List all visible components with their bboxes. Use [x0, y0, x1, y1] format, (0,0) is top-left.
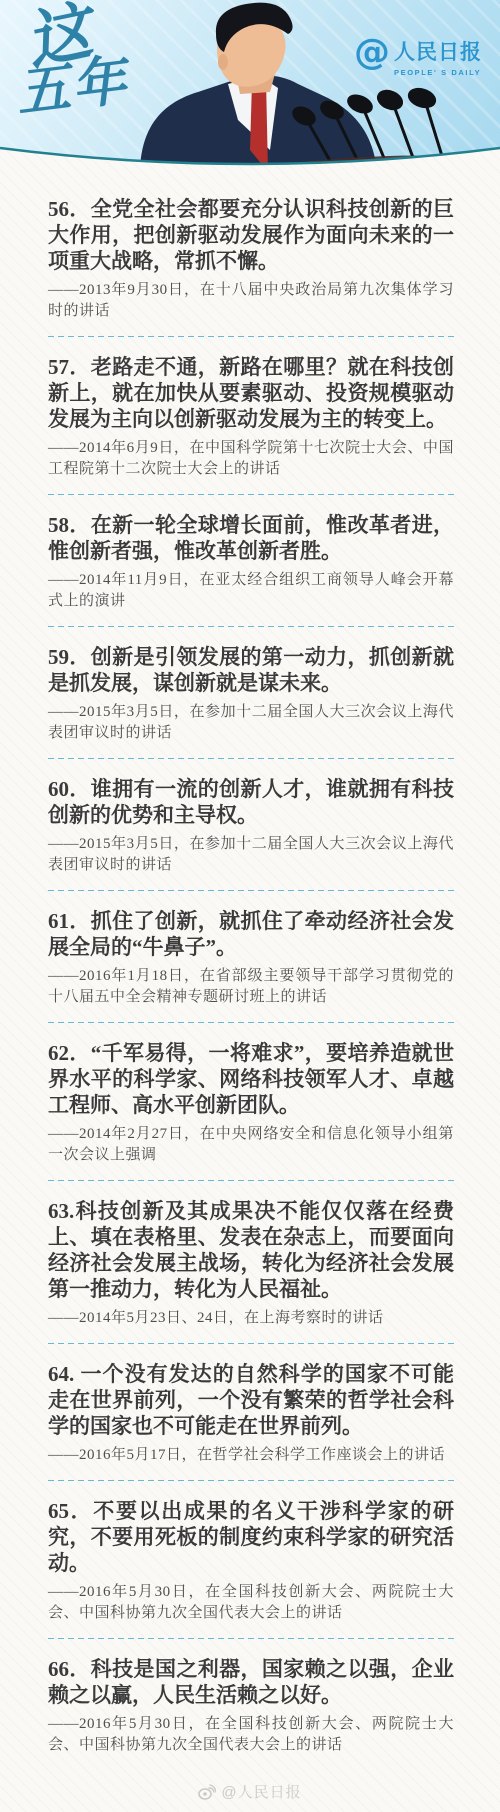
quote-text: 抓住了创新，就抓住了牵动经济社会发展全局的“牛鼻子”。: [48, 909, 454, 959]
quote-source: ——2016年5月17日，在哲学社会科学工作座谈会上的讲话: [48, 1445, 454, 1466]
quote-item: 56．全党全社会都要充分认识科技创新的巨大作用，把创新驱动发展作为面向未来的一项…: [48, 196, 454, 337]
quote-source: ——2015年3月5日，在参加十二届全国人大三次会议上海代表团审议时的讲话: [48, 834, 454, 876]
at-icon: @: [354, 36, 390, 70]
quote-paragraph: 62．“千军易得，一将难求”，要培养造就世界水平的科学家、网络科技领军人才、卓越…: [48, 1040, 454, 1118]
quote-text: 在新一轮全球增长面前，惟改革者进，惟创新者强，惟改革创新者胜。: [48, 513, 454, 563]
quote-text: 谁拥有一流的创新人才，谁就拥有科技创新的优势和主导权。: [48, 777, 454, 827]
quote-item: 65．不要以出成果的名义干涉科学家的研究，不要用死板的制度约束科学家的研究活动。…: [48, 1498, 454, 1639]
quote-text: 不要以出成果的名义干涉科学家的研究，不要用死板的制度约束科学家的研究活动。: [48, 1499, 454, 1575]
dashed-separator: [48, 625, 454, 627]
dashed-separator: [48, 1479, 454, 1481]
quote-source: ——2016年5月30日，在全国科技创新大会、两院院士大会、中国科协第九次全国代…: [48, 1582, 454, 1624]
xi-jinping-photo: [110, 0, 500, 182]
quote-item: 57．老路走不通，新路在哪里？就在科技创新上，就在加快从要素驱动、投资规模驱动发…: [48, 354, 454, 495]
quote-item: 64. 一个没有发达的自然科学的国家不可能走在世界前列，一个没有繁荣的哲学社会科…: [48, 1361, 454, 1481]
quote-paragraph: 66．科技是国之利器，国家赖之以强，企业赖之以赢，人民生活赖之以好。: [48, 1656, 454, 1708]
quote-number: 60．: [48, 777, 91, 801]
quote-number: 65．: [48, 1499, 93, 1523]
header-banner: 这 五年: [0, 0, 500, 182]
quote-source: ——2014年11月9日，在亚太经合组织工商领导人峰会开幕式上的演讲: [48, 570, 454, 612]
dashed-separator: [48, 889, 454, 891]
quote-source: ——2013年9月30日，在十八届中央政治局第九次集体学习时的讲话: [48, 280, 454, 322]
quote-source: ——2014年2月27日，在中央网络安全和信息化领导小组第一次会议上强调: [48, 1124, 454, 1166]
weibo-icon: [198, 1784, 216, 1800]
quote-text: 老路走不通，新路在哪里？就在科技创新上，就在加快从要素驱动、投资规模驱动发展为主…: [48, 355, 454, 431]
quote-text: 创新是引领发展的第一动力，抓创新就是抓发展，谋创新就是谋未来。: [48, 645, 454, 695]
quote-source: ——2016年5月30日，在全国科技创新大会、两院院士大会、中国科协第九次全国代…: [48, 1714, 454, 1756]
peoples-daily-logo: @ 人民日报 PEOPLE' S DAILY: [354, 36, 482, 77]
quote-source: ——2014年6月9日，在中国科学院第十七次院士大会、中国工程院第十二次院士大会…: [48, 438, 454, 480]
peoples-daily-name: 人民日报: [394, 36, 482, 66]
peoples-daily-subtitle: PEOPLE' S DAILY: [394, 68, 482, 77]
quote-item: 60．谁拥有一流的创新人才，谁就拥有科技创新的优势和主导权。 ——2015年3月…: [48, 776, 454, 891]
quote-paragraph: 56．全党全社会都要充分认识科技创新的巨大作用，把创新驱动发展作为面向未来的一项…: [48, 196, 454, 274]
quote-paragraph: 63.科技创新及其成果决不能仅仅落在经费上、填在表格里、发表在杂志上，而要面向经…: [48, 1198, 454, 1302]
dashed-separator: [48, 1179, 454, 1181]
quote-paragraph: 61．抓住了创新，就抓住了牵动经济社会发展全局的“牛鼻子”。: [48, 908, 454, 960]
dashed-separator: [48, 1637, 454, 1639]
quote-number: 57．: [48, 355, 91, 379]
ear: [218, 54, 228, 70]
poster: { "header": { "slogan_char1": "这", "slog…: [0, 0, 500, 1812]
quote-paragraph: 60．谁拥有一流的创新人才，谁就拥有科技创新的优势和主导权。: [48, 776, 454, 828]
quote-number: 64.: [48, 1362, 81, 1386]
quote-item: 66．科技是国之利器，国家赖之以强，企业赖之以赢，人民生活赖之以好。 ——201…: [48, 1656, 454, 1756]
quote-text: “千军易得，一将难求”，要培养造就世界水平的科学家、网络科技领军人才、卓越工程师…: [48, 1041, 454, 1117]
dashed-separator: [48, 1021, 454, 1023]
dashed-separator: [48, 1342, 454, 1344]
dashed-separator: [48, 757, 454, 759]
quote-paragraph: 64. 一个没有发达的自然科学的国家不可能走在世界前列，一个没有繁荣的哲学社会科…: [48, 1361, 454, 1439]
dashed-separator: [48, 493, 454, 495]
quote-source: ——2016年1月18日，在省部级主要领导干部学习贯彻党的十八届五中全会精神专题…: [48, 966, 454, 1008]
header-background: 这 五年: [0, 0, 500, 182]
quote-source: ——2014年5月23日、24日，在上海考察时的讲话: [48, 1308, 454, 1329]
quote-number: 56．: [48, 197, 91, 221]
quote-text: 科技创新及其成果决不能仅仅落在经费上、填在表格里、发表在杂志上，而要面向经济社会…: [48, 1199, 454, 1301]
quote-number: 58．: [48, 513, 91, 537]
quote-text: 全党全社会都要充分认识科技创新的巨大作用，把创新驱动发展作为面向未来的一项重大战…: [48, 197, 454, 273]
quote-text: 科技是国之利器，国家赖之以强，企业赖之以赢，人民生活赖之以好。: [48, 1657, 454, 1707]
watermark: @人民日报: [0, 1781, 500, 1802]
quote-number: 62．: [48, 1041, 91, 1065]
quote-paragraph: 65．不要以出成果的名义干涉科学家的研究，不要用死板的制度约束科学家的研究活动。: [48, 1498, 454, 1576]
quote-item: 63.科技创新及其成果决不能仅仅落在经费上、填在表格里、发表在杂志上，而要面向经…: [48, 1198, 454, 1344]
quote-number: 61．: [48, 909, 91, 933]
quote-paragraph: 57．老路走不通，新路在哪里？就在科技创新上，就在加快从要素驱动、投资规模驱动发…: [48, 354, 454, 432]
dashed-separator: [48, 335, 454, 337]
quote-paragraph: 59．创新是引领发展的第一动力，抓创新就是抓发展，谋创新就是谋未来。: [48, 644, 454, 696]
quote-number: 59．: [48, 645, 91, 669]
quote-source: ——2015年3月5日，在参加十二届全国人大三次会议上海代表团审议时的讲话: [48, 702, 454, 744]
quote-paragraph: 58．在新一轮全球增长面前，惟改革者进，惟创新者强，惟改革创新者胜。: [48, 512, 454, 564]
quote-item: 59．创新是引领发展的第一动力，抓创新就是抓发展，谋创新就是谋未来。 ——201…: [48, 644, 454, 759]
quote-item: 61．抓住了创新，就抓住了牵动经济社会发展全局的“牛鼻子”。 ——2016年1月…: [48, 908, 454, 1023]
quote-number: 63.: [48, 1199, 74, 1223]
quote-list: 56．全党全社会都要充分认识科技创新的巨大作用，把创新驱动发展作为面向未来的一项…: [0, 182, 500, 1756]
watermark-text: @人民日报: [221, 1781, 301, 1802]
quote-item: 58．在新一轮全球增长面前，惟改革者进，惟创新者强，惟改革创新者胜。 ——201…: [48, 512, 454, 627]
quote-item: 62．“千军易得，一将难求”，要培养造就世界水平的科学家、网络科技领军人才、卓越…: [48, 1040, 454, 1181]
quote-number: 66．: [48, 1657, 91, 1681]
quote-text: 一个没有发达的自然科学的国家不可能走在世界前列，一个没有繁荣的哲学社会科学的国家…: [48, 1362, 454, 1438]
